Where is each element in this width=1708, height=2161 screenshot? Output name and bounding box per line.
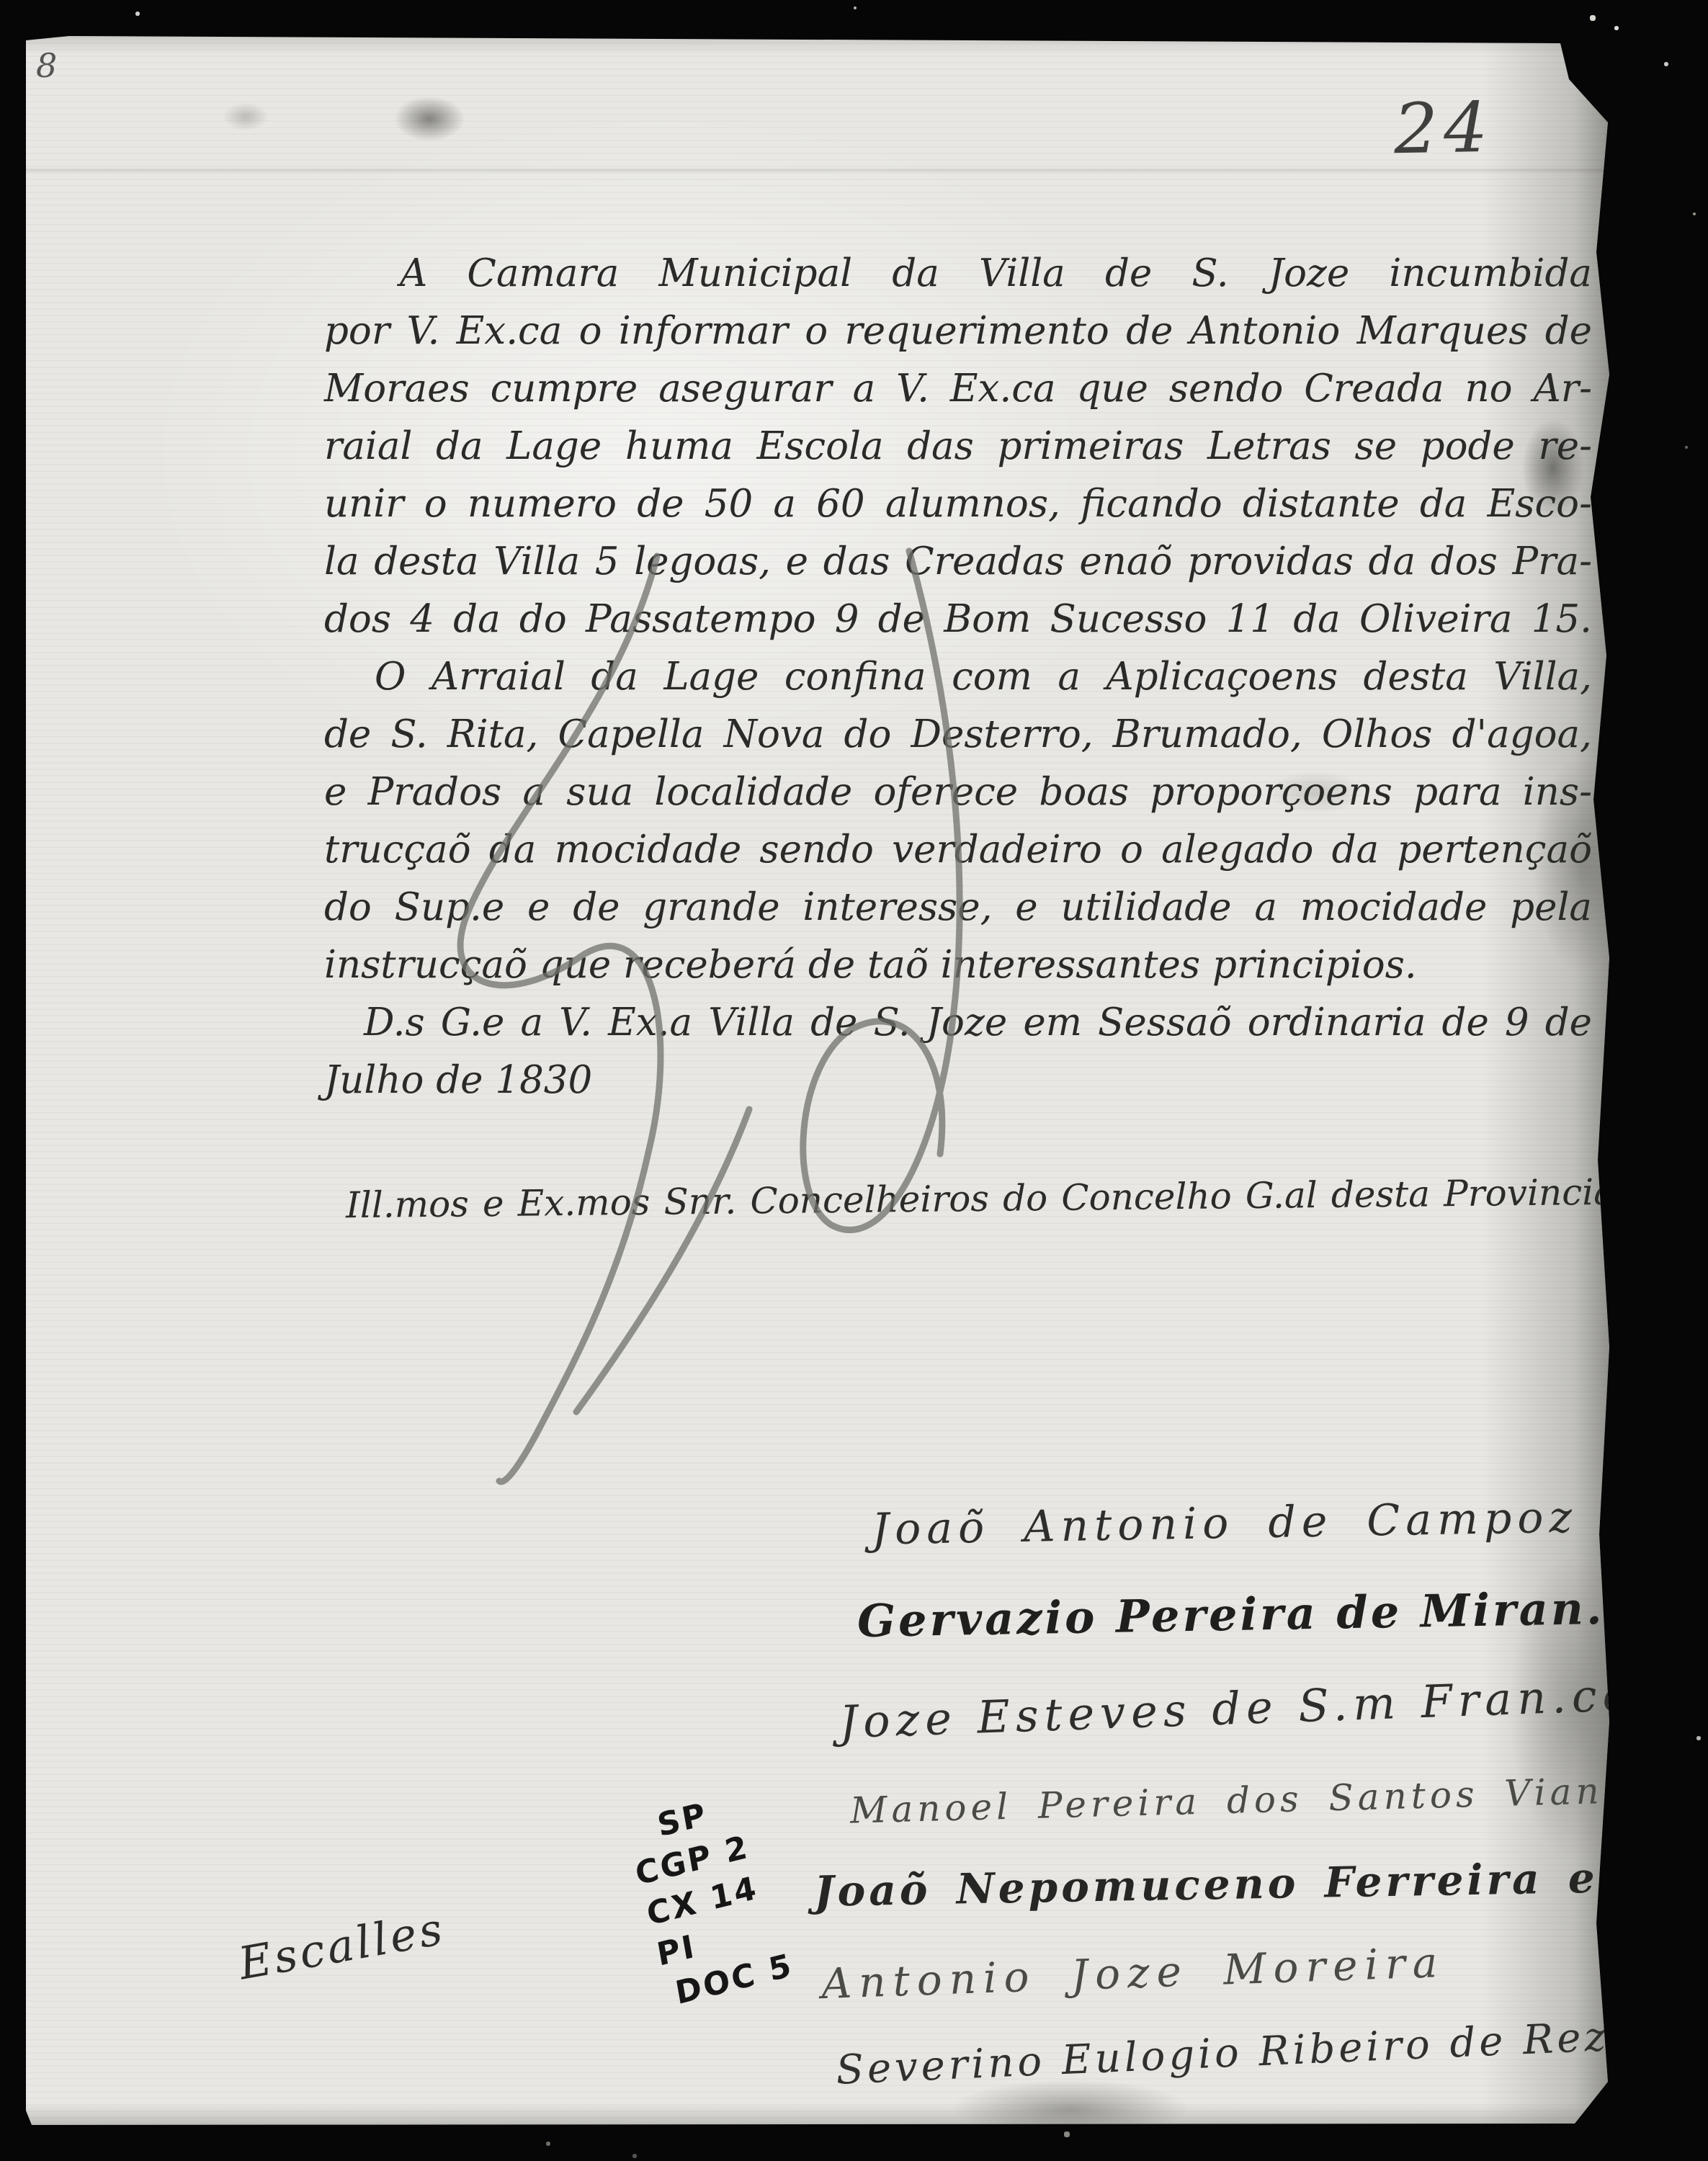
signature-joao-antonio-de-campoz: Joaõ Antonio de Campoz <box>871 1492 1578 1554</box>
archival-stamp: SP CGP 2 CX 14 PI DOC 5 <box>625 1779 797 2019</box>
manuscript-line: de S. Rita, Capella Nova do Desterro, Br… <box>324 706 1592 764</box>
signature-joao-nepomuceno: Joaõ Nepomuceno Ferreira e Castro <box>814 1850 1708 1916</box>
letter-body: A Camara Municipal da Villa de S. Joze i… <box>324 245 1614 1109</box>
manuscript-line: Moraes cumpre asegurar a V. Ex.ca que se… <box>324 360 1592 418</box>
signature-gervazio-pereira: Gervazio Pereira de Miran. <box>857 1582 1605 1647</box>
manuscript-line: A Camara Municipal da Villa de S. Joze i… <box>324 245 1592 303</box>
scanner-dust-specks <box>0 0 1 1</box>
page-number: 24 <box>1393 87 1494 169</box>
manuscript-line: do Sup.e e de grande interesse, e utilid… <box>324 879 1592 936</box>
manuscript-line: O Arraial da Lage confina com a Aplicaço… <box>324 648 1592 706</box>
manuscript-paper: 8 24 A Camara Municipal da Villa de S. J… <box>26 36 1611 2125</box>
manuscript-dateline: Julho de 1830 <box>324 1052 1592 1109</box>
scanned-document-page: 8 24 A Camara Municipal da Villa de S. J… <box>0 0 1708 2161</box>
manuscript-line: trucçaõ da mocidade sendo verdadeiro o a… <box>324 821 1592 879</box>
bottom-left-note: Escalles <box>235 1902 449 1990</box>
addressee-line: Ill.mos e Ex.mos Snr. Concelheiros do Co… <box>346 1171 1616 1226</box>
manuscript-line: instrucçaõ que receberá de taõ interessa… <box>324 936 1171 994</box>
signature-manoel-pereira: Manoel Pereira dos Santos Vianna <box>849 1768 1657 1831</box>
signature-antonio-joze-moreira: Antonio Joze Moreira <box>821 1938 1445 2008</box>
manuscript-line: la desta Villa 5 legoas, e das Creadas e… <box>324 533 1592 591</box>
signature-joze-esteves: Joze Esteves de S.m Fran.co <box>839 1668 1636 1749</box>
manuscript-line: por V. Ex.ca o informar o requerimento d… <box>324 303 1592 360</box>
corner-mark: 8 <box>36 46 57 85</box>
manuscript-line: D.s G.e a V. Ex.a Villa de S. Joze em Se… <box>324 994 1592 1052</box>
signature-severino-eulogio: Severino Eulogio Ribeiro de Rezende <box>835 2008 1708 2094</box>
manuscript-line: dos 4 da do Passatempo 9 de Bom Sucesso … <box>324 591 1592 648</box>
manuscript-line: e Prados a sua localidade oferece boas p… <box>324 764 1592 821</box>
manuscript-line: raial da Lage huma Escola das primeiras … <box>324 418 1592 475</box>
manuscript-line: unir o numero de 50 a 60 alumnos, ficand… <box>324 475 1592 533</box>
